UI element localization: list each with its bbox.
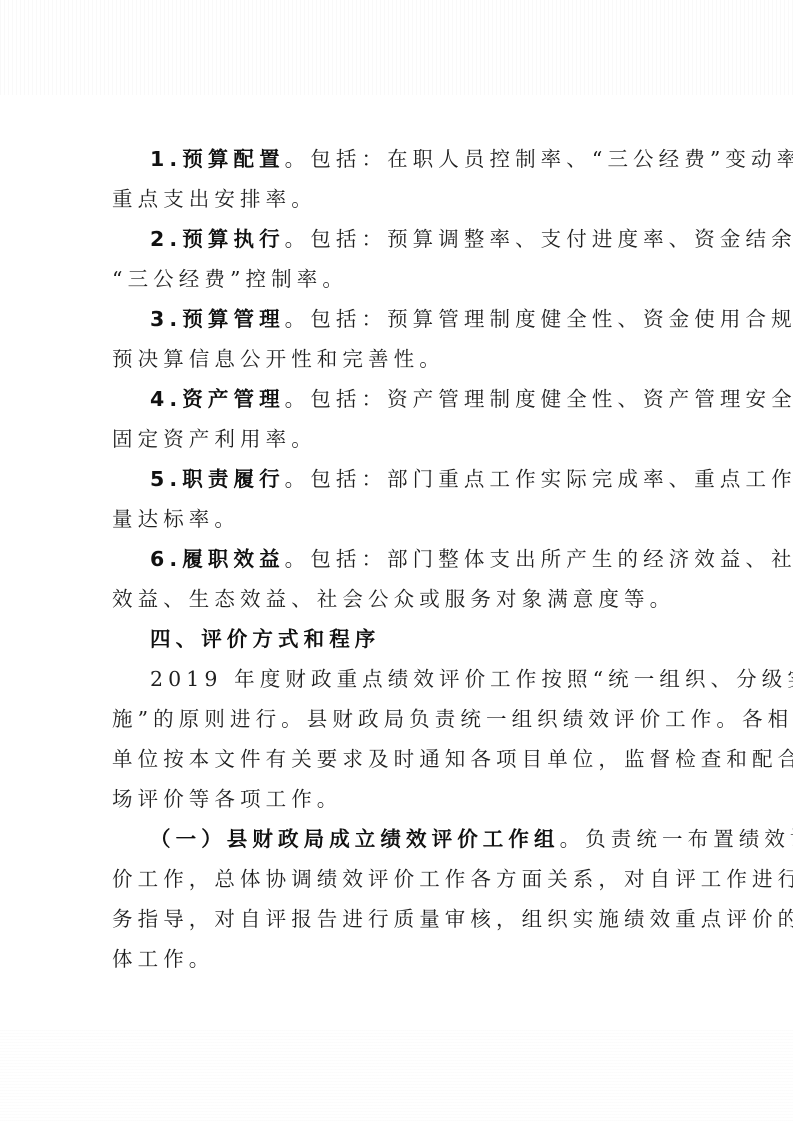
item-3-line-2: 预决算信息公开性和完善性。	[112, 339, 697, 379]
item-4-title: 资产管理	[182, 387, 284, 411]
subsection-1-title: （一）县财政局成立绩效评价工作组	[150, 827, 560, 851]
item-2-line-1: 2.预算执行。包括：预算调整率、支付进度率、资金结余、	[150, 219, 697, 259]
subsection-1-text: 。负责统一布置绩效评	[560, 827, 793, 851]
document-page: 1.预算配置。包括：在职人员控制率、“三公经费”变动率、 重点支出安排率。 2.…	[0, 0, 793, 1121]
paragraph-1-line-2: 施”的原则进行。县财政局负责统一组织绩效评价工作。各相关	[112, 699, 697, 739]
item-5-line-1: 5.职责履行。包括：部门重点工作实际完成率、重点工作质	[150, 459, 697, 499]
subsection-1-line-2: 价工作，总体协调绩效评价工作各方面关系，对自评工作进行业	[112, 859, 697, 899]
item-5-line-2: 量达标率。	[112, 499, 697, 539]
item-3-number: 3.	[150, 307, 182, 331]
paragraph-1-line-1: 2019 年度财政重点绩效评价工作按照“统一组织、分级实	[150, 659, 697, 699]
item-1-line-1: 1.预算配置。包括：在职人员控制率、“三公经费”变动率、	[150, 139, 697, 179]
item-5-text: 。包括：部门重点工作实际完成率、重点工作质	[285, 467, 793, 491]
section-heading: 四、评价方式和程序	[150, 619, 697, 659]
item-1-line-2: 重点支出安排率。	[112, 179, 697, 219]
subsection-1-line-3: 务指导，对自评报告进行质量审核，组织实施绩效重点评价的具	[112, 899, 697, 939]
item-6-text: 。包括：部门整体支出所产生的经济效益、社会	[285, 547, 793, 571]
item-3-title: 预算管理	[182, 307, 284, 331]
item-6-number: 6.	[150, 547, 182, 571]
subsection-1-line-4: 体工作。	[112, 939, 697, 979]
subsection-1-line-1: （一）县财政局成立绩效评价工作组。负责统一布置绩效评	[150, 819, 697, 859]
item-4-line-1: 4.资产管理。包括：资产管理制度健全性、资产管理安全性、	[150, 379, 697, 419]
item-5-number: 5.	[150, 467, 182, 491]
item-2-number: 2.	[150, 227, 182, 251]
item-2-title: 预算执行	[182, 227, 284, 251]
item-2-line-2: “三公经费”控制率。	[112, 259, 697, 299]
item-4-number: 4.	[150, 387, 182, 411]
item-3-line-1: 3.预算管理。包括：预算管理制度健全性、资金使用合规性、	[150, 299, 697, 339]
item-3-text: 。包括：预算管理制度健全性、资金使用合规性、	[285, 307, 793, 331]
item-2-text: 。包括：预算调整率、支付进度率、资金结余、	[285, 227, 793, 251]
paragraph-1-line-4: 场评价等各项工作。	[112, 779, 697, 819]
item-6-title: 履职效益	[182, 547, 284, 571]
item-5-title: 职责履行	[182, 467, 284, 491]
item-4-text: 。包括：资产管理制度健全性、资产管理安全性、	[285, 387, 793, 411]
item-1-title: 预算配置	[182, 147, 284, 171]
item-1-text: 。包括：在职人员控制率、“三公经费”变动率、	[285, 147, 793, 171]
item-6-line-1: 6.履职效益。包括：部门整体支出所产生的经济效益、社会	[150, 539, 697, 579]
item-4-line-2: 固定资产利用率。	[112, 419, 697, 459]
item-6-line-2: 效益、生态效益、社会公众或服务对象满意度等。	[112, 579, 697, 619]
item-1-number: 1.	[150, 147, 182, 171]
paragraph-1-line-3: 单位按本文件有关要求及时通知各项目单位，监督检查和配合现	[112, 739, 697, 779]
